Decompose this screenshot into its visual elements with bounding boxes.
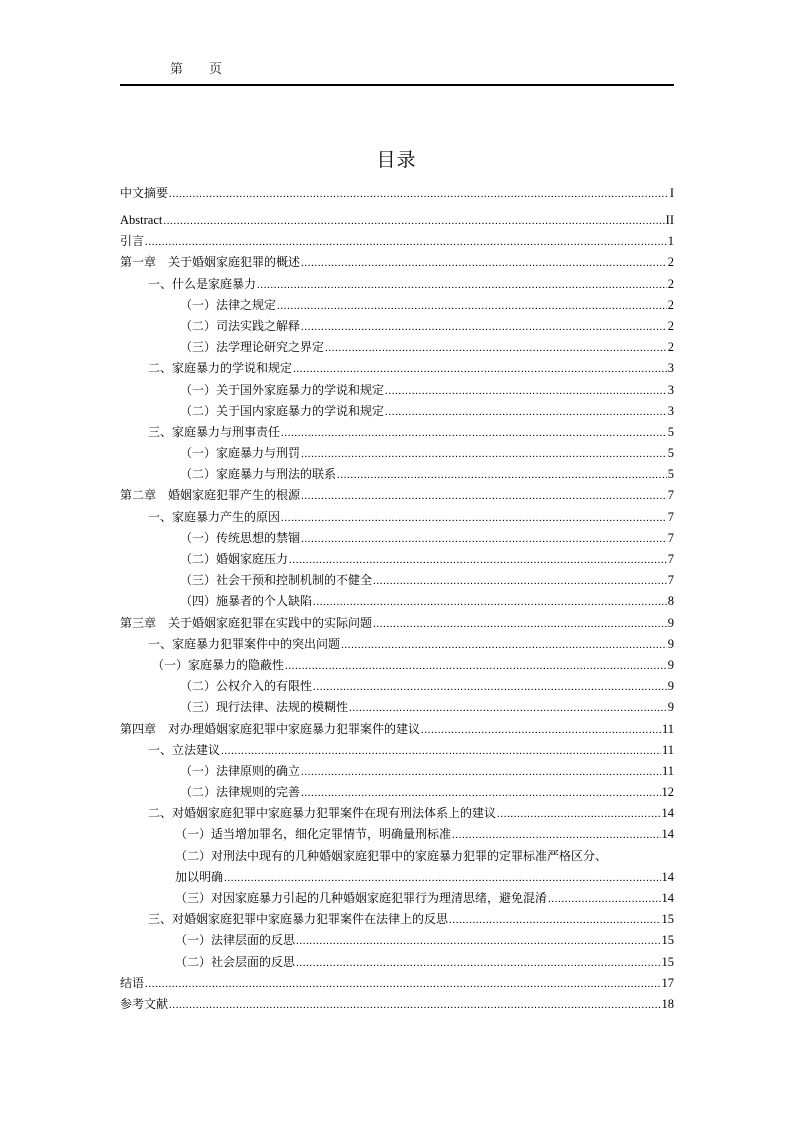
header-left-text: 第 [170, 58, 183, 77]
header-page-label: 第页 [170, 58, 222, 77]
toc-entry[interactable]: （三）法学理论研究之界定 2 [120, 337, 674, 358]
toc-entry-page: 5 [668, 464, 674, 485]
dot-leader [385, 402, 667, 423]
toc-entry[interactable]: （二）关于国内家庭暴力的学说和规定 3 [120, 401, 674, 422]
toc-entry[interactable]: （一）家庭暴力的隐蔽性 9 [120, 655, 674, 676]
toc-entry[interactable]: 二、对婚姻家庭犯罪中家庭暴力犯罪案件在现有刑法体系上的建议 14 [120, 803, 674, 824]
toc-entry-page: 7 [668, 570, 674, 591]
dot-leader [452, 825, 660, 846]
toc-entry-page: 2 [668, 295, 674, 316]
dot-leader [296, 953, 660, 974]
toc-entry-page: 5 [668, 443, 674, 464]
dot-leader [373, 614, 667, 635]
toc-entry-page: I [670, 184, 674, 202]
dot-leader [373, 571, 667, 592]
toc-entry-label: 一、家庭暴力产生的原因 [148, 507, 280, 528]
toc-entry[interactable]: （一）法律之规定 2 [120, 295, 674, 316]
toc-entry[interactable]: （二）社会层面的反思 15 [120, 952, 674, 973]
toc-entry-page: 11 [662, 740, 674, 761]
dot-leader [337, 465, 667, 486]
dot-leader [293, 359, 667, 380]
toc-entry[interactable]: 三、家庭暴力与刑事责任 5 [120, 422, 674, 443]
toc-entry-page: 7 [668, 528, 674, 549]
toc-entry-label: 一、家庭暴力犯罪案件中的突出问题 [148, 634, 340, 655]
toc-entry[interactable]: （一）法律原则的确立 11 [120, 761, 674, 782]
toc-entry[interactable]: （二）司法实践之解释 2 [120, 316, 674, 337]
toc-entry-page: 7 [668, 507, 674, 528]
toc-entry-label: 一、什么是家庭暴力 [148, 274, 256, 295]
toc-entry-label: （三）法学理论研究之界定 [180, 337, 324, 358]
toc-entry[interactable]: 引言 1 [120, 231, 674, 252]
dot-leader [301, 762, 661, 783]
dot-leader [341, 635, 667, 656]
toc-entry-page: 3 [668, 401, 674, 422]
dot-leader [296, 931, 660, 952]
toc-entry-label: 一、立法建议 [148, 740, 220, 761]
toc-entry[interactable]: 中文摘要 I [120, 184, 674, 210]
toc-entry-label: 第四章 对办理婚姻家庭犯罪中家庭暴力犯罪案件的建议 [120, 719, 420, 740]
dot-leader [548, 889, 660, 910]
toc-entry-label: 三、对婚姻家庭犯罪中家庭暴力犯罪案件在法律上的反思 [148, 909, 448, 930]
dot-leader [301, 444, 667, 465]
toc-entry-page: 9 [668, 697, 674, 718]
toc-entry-label: 参考文献 [120, 994, 168, 1015]
toc-entry-page: 14 [662, 824, 675, 845]
toc-entry-label: （一）适当增加罪名，细化定罪情节，明确量刑标准 [175, 824, 451, 845]
dot-leader [349, 698, 667, 719]
toc-entry-label: 中文摘要 [120, 184, 168, 202]
toc-entry-page: 9 [668, 613, 674, 634]
dot-leader [421, 720, 661, 741]
toc-entry-label: 二、对婚姻家庭犯罪中家庭暴力犯罪案件在现有刑法体系上的建议 [148, 803, 496, 824]
toc-entry-label: （一）法律之规定 [180, 295, 276, 316]
toc-entry-page: 12 [662, 782, 675, 803]
toc-entry[interactable]: （一）传统思想的禁锢 7 [120, 528, 674, 549]
table-of-contents: 中文摘要 I Abstract II 引言 1 第一章 关于婚姻家庭犯罪的概述 … [120, 184, 674, 1015]
toc-entry-label: （一）法律层面的反思 [175, 930, 295, 951]
toc-entry-label: （一）法律原则的确立 [180, 761, 300, 782]
toc-entry-page: 9 [668, 634, 674, 655]
toc-entry-continuation[interactable]: 加以明确 14 [120, 867, 674, 888]
toc-entry[interactable]: （二）公权介入的有限性 9 [120, 676, 674, 697]
toc-entry-page: 11 [662, 761, 674, 782]
dot-leader [277, 296, 667, 317]
toc-entry-page: 18 [662, 994, 675, 1015]
toc-entry-label: （四）施暴者的个人缺陷 [180, 591, 312, 612]
dot-leader [301, 486, 667, 507]
toc-entry-page: 2 [668, 252, 674, 273]
toc-entry-page: 1 [668, 231, 674, 252]
header-divider [120, 84, 674, 86]
toc-entry[interactable]: （一）法律层面的反思 15 [120, 930, 674, 951]
dot-leader [224, 868, 660, 889]
toc-entry[interactable]: （二）婚姻家庭压力 7 [120, 549, 674, 570]
toc-entry-label: （二）关于国内家庭暴力的学说和规定 [180, 401, 384, 422]
toc-entry-page: 17 [662, 973, 675, 994]
toc-entry-page: 2 [668, 337, 674, 358]
page-title: 目录 [0, 145, 793, 172]
toc-entry[interactable]: 第三章 关于婚姻家庭犯罪在实践中的实际问题 9 [120, 613, 674, 634]
toc-entry-page: 14 [662, 803, 675, 824]
toc-entry[interactable]: （一）家庭暴力与刑罚 5 [120, 443, 674, 464]
toc-entry-page: 15 [662, 909, 675, 930]
toc-entry-page: 14 [662, 867, 675, 888]
toc-entry-label: 结语 [120, 973, 144, 994]
dot-leader [163, 211, 664, 232]
dot-leader [325, 338, 667, 359]
toc-entry[interactable]: （二）法律规则的完善 12 [120, 782, 674, 803]
toc-entry[interactable]: （三）社会干预和控制机制的不健全 7 [120, 570, 674, 591]
toc-entry-label: 第三章 关于婚姻家庭犯罪在实践中的实际问题 [120, 613, 372, 634]
toc-entry-page: 15 [662, 930, 675, 951]
toc-entry[interactable]: 一、家庭暴力产生的原因 7 [120, 507, 674, 528]
dot-leader [301, 253, 667, 274]
toc-entry[interactable]: 一、家庭暴力犯罪案件中的突出问题 9 [120, 634, 674, 655]
toc-entry[interactable]: 一、立法建议 11 [120, 740, 674, 761]
toc-entry[interactable]: 二、家庭暴力的学说和规定 3 [120, 358, 674, 379]
toc-entry[interactable]: （三）现行法律、法规的模糊性 9 [120, 697, 674, 718]
toc-entry-page: 2 [668, 274, 674, 295]
toc-entry-label: （二）公权介入的有限性 [180, 676, 312, 697]
toc-entry[interactable]: （一）关于国外家庭暴力的学说和规定 3 [120, 380, 674, 401]
page-header: 第页 [120, 58, 674, 86]
toc-entry-page: 5 [668, 422, 674, 443]
toc-entry[interactable]: 第一章 关于婚姻家庭犯罪的概述 2 [120, 252, 674, 273]
toc-entry-label: （一）传统思想的禁锢 [180, 528, 300, 549]
dot-leader [281, 508, 667, 529]
toc-entry[interactable]: 三、对婚姻家庭犯罪中家庭暴力犯罪案件在法律上的反思 15 [120, 909, 674, 930]
toc-entry-label: 引言 [120, 231, 144, 252]
toc-entry-label: （三）对因家庭暴力引起的几种婚姻家庭犯罪行为理清思绪，避免混淆 [175, 888, 547, 909]
dot-leader [301, 529, 667, 550]
toc-entry-page: 3 [668, 380, 674, 401]
dot-leader [449, 910, 660, 931]
dot-leader [169, 185, 669, 203]
toc-entry[interactable]: 第二章 婚姻家庭犯罪产生的根源 7 [120, 485, 674, 506]
dot-leader [257, 275, 667, 296]
toc-entry[interactable]: （一）适当增加罪名，细化定罪情节，明确量刑标准 14 [120, 824, 674, 845]
toc-entry-label: Abstract [120, 210, 162, 231]
toc-entry[interactable]: Abstract II [120, 210, 674, 231]
toc-entry-page: 7 [668, 549, 674, 570]
toc-entry-label: 加以明确 [175, 867, 223, 888]
toc-entry[interactable]: 结语 17 [120, 973, 674, 994]
dot-leader [145, 232, 667, 253]
toc-entry-label: （三）现行法律、法规的模糊性 [180, 697, 348, 718]
toc-entry[interactable]: （四）施暴者的个人缺陷 8 [120, 591, 674, 612]
toc-entry-page: 3 [668, 358, 674, 379]
toc-entry[interactable]: 一、什么是家庭暴力 2 [120, 274, 674, 295]
toc-entry-page: 8 [668, 591, 674, 612]
toc-entry-page: 9 [668, 676, 674, 697]
toc-entry-label: （二）法律规则的完善 [180, 782, 300, 803]
dot-leader [169, 995, 660, 1016]
toc-entry-label: （一）家庭暴力与刑罚 [180, 443, 300, 464]
dot-leader [497, 804, 660, 825]
toc-entry[interactable]: 参考文献 18 [120, 994, 674, 1015]
dot-leader [313, 592, 667, 613]
toc-entry[interactable]: 第四章 对办理婚姻家庭犯罪中家庭暴力犯罪案件的建议 11 [120, 719, 674, 740]
toc-entry-label: 三、家庭暴力与刑事责任 [148, 422, 280, 443]
dot-leader [301, 317, 667, 338]
toc-entry-label: （二）社会层面的反思 [175, 952, 295, 973]
dot-leader [285, 656, 667, 677]
dot-leader [289, 550, 667, 571]
toc-entry-label: 第二章 婚姻家庭犯罪产生的根源 [120, 485, 300, 506]
toc-entry-page: 9 [668, 655, 674, 676]
toc-entry-label: （一）家庭暴力的隐蔽性 [152, 655, 284, 676]
dot-leader [385, 381, 667, 402]
toc-entry-label: （一）关于国外家庭暴力的学说和规定 [180, 380, 384, 401]
toc-entry-page: 11 [662, 719, 674, 740]
toc-entry-page: 15 [662, 952, 675, 973]
toc-entry-label: （二）婚姻家庭压力 [180, 549, 288, 570]
toc-entry[interactable]: （二）家庭暴力与刑法的联系 5 [120, 464, 674, 485]
header-right-text: 页 [209, 58, 222, 77]
toc-entry-page: II [666, 210, 674, 231]
toc-entry-label: （二）家庭暴力与刑法的联系 [180, 464, 336, 485]
toc-entry-page: 7 [668, 485, 674, 506]
toc-entry-label: 二、家庭暴力的学说和规定 [148, 358, 292, 379]
toc-entry-label: 第一章 关于婚姻家庭犯罪的概述 [120, 252, 300, 273]
toc-entry-label: （二）对刑法中现有的几种婚姻家庭犯罪中的家庭暴力犯罪的定罪标准严格区分、 [175, 846, 607, 867]
toc-entry-label: （二）司法实践之解释 [180, 316, 300, 337]
toc-entry-page: 14 [662, 888, 675, 909]
dot-leader [221, 741, 661, 762]
dot-leader [313, 677, 667, 698]
toc-entry[interactable]: （三）对因家庭暴力引起的几种婚姻家庭犯罪行为理清思绪，避免混淆 14 [120, 888, 674, 909]
dot-leader [145, 974, 660, 995]
toc-entry-label: （三）社会干预和控制机制的不健全 [180, 570, 372, 591]
toc-entry[interactable]: （二）对刑法中现有的几种婚姻家庭犯罪中的家庭暴力犯罪的定罪标准严格区分、 [120, 846, 674, 867]
dot-leader [281, 423, 667, 444]
toc-entry-page: 2 [668, 316, 674, 337]
dot-leader [301, 783, 660, 804]
